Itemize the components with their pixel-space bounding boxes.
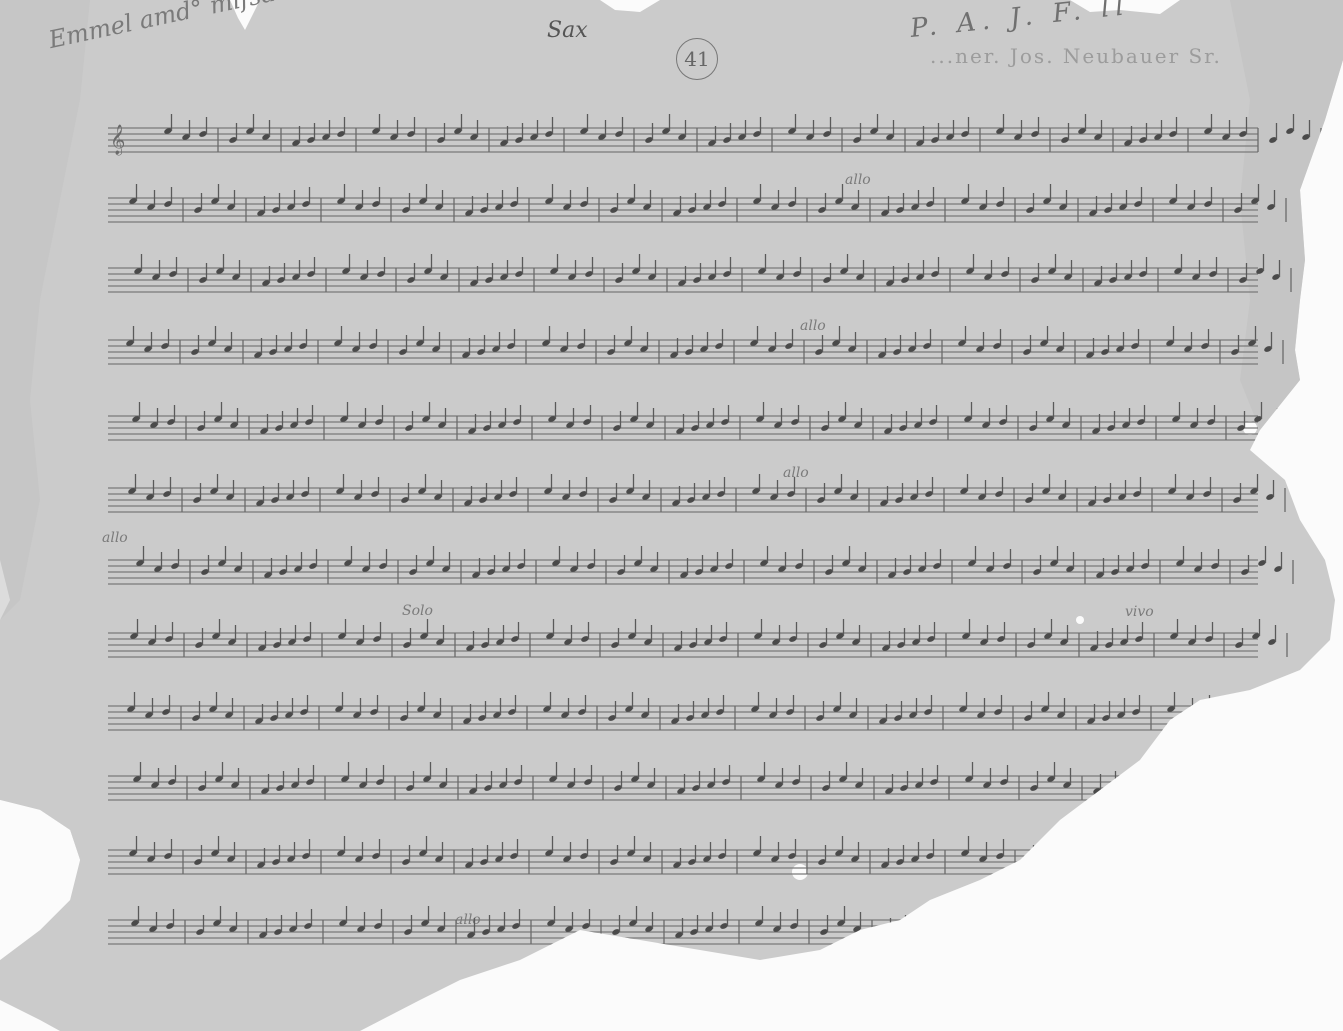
clef-icon: 𝄞 <box>110 124 125 156</box>
staff-7 <box>108 546 1293 584</box>
staff-8 <box>108 619 1287 657</box>
staff-4 <box>108 326 1283 364</box>
staff-9 <box>108 692 1284 730</box>
staff-1: 𝄞 <box>108 114 1321 156</box>
staff-5 <box>108 402 1289 440</box>
staff-11 <box>108 836 1286 874</box>
staff-2 <box>108 184 1286 222</box>
staff-12 <box>108 906 1288 944</box>
music-staves: 𝄞 <box>0 0 1343 1031</box>
staff-10 <box>108 762 1290 800</box>
staff-6 <box>108 474 1285 512</box>
staff-3 <box>108 254 1291 292</box>
